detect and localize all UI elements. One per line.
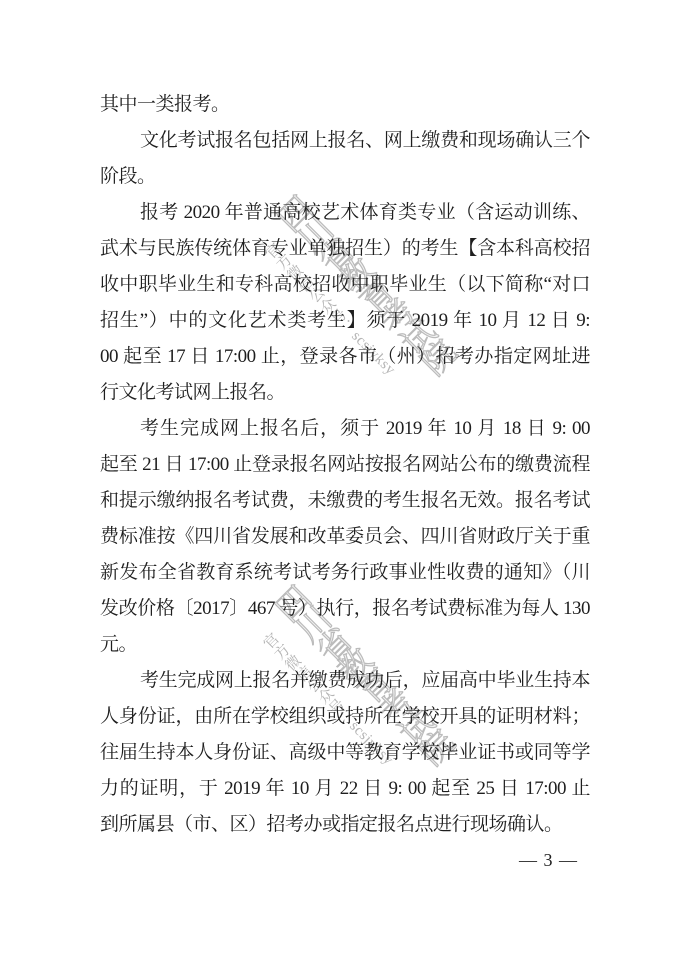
text-line: 行文化考试网上报名。 [100, 375, 590, 411]
text-line: 武术与民族传统体育专业单独招生）的考生【含本科高校招 [100, 231, 590, 267]
text-line: 元。 [100, 627, 590, 663]
text-line: 新发布全省教育系统考试考务行政事业性收费的通知》（川 [100, 555, 590, 591]
text-line: 考生完成网上报名后，须于 2019 年 10 月 18 日 9: 00 [100, 411, 590, 447]
text-line: 招生”）中的文化艺术类考生】须于 2019 年 10 月 12 日 9: [100, 303, 590, 339]
text-line: 报考 2020 年普通高校艺术体育类专业（含运动训练、 [100, 195, 590, 231]
text-line: 收中职毕业生和专科高校招收中职毕业生（以下简称“对口 [100, 267, 590, 303]
text-line: 费标准按《四川省发展和改革委员会、四川省财政厅关于重 [100, 519, 590, 555]
document-body: 其中一类报考。文化考试报名包括网上报名、网上缴费和现场确认三个阶段。报考 202… [100, 87, 590, 843]
text-line: 到所属县（市、区）招考办或指定报名点进行现场确认。 [100, 807, 590, 843]
text-line: 起至 21 日 17:00 止登录报名网站按报名网站公布的缴费流程 [100, 447, 590, 483]
text-line: 文化考试报名包括网上报名、网上缴费和现场确认三个 [100, 123, 590, 159]
text-line: 考生完成网上报名并缴费成功后，应届高中毕业生持本 [100, 663, 590, 699]
document-page: 四川省教育考试院 官方微信公众号：scsjyksy 四川省教育考试院 官方微信公… [0, 0, 680, 962]
text-line: 发改价格〔2017〕467 号）执行，报名考试费标准为每人 130 [100, 591, 590, 627]
text-line: 力的证明，于 2019 年 10 月 22 日 9: 00 起至 25 日 17… [100, 771, 590, 807]
text-line: 阶段。 [100, 159, 590, 195]
text-line: 其中一类报考。 [100, 87, 590, 123]
text-line: 和提示缴纳报名考试费，未缴费的考生报名无效。报名考试 [100, 483, 590, 519]
page-number: — 3 — [519, 850, 578, 871]
text-line: 人身份证，由所在学校组织或持所在学校开具的证明材料； [100, 699, 590, 735]
text-line: 往届生持本人身份证、高级中等教育学校毕业证书或同等学 [100, 735, 590, 771]
text-line: 00 起至 17 日 17:00 止，登录各市（州）招考办指定网址进 [100, 339, 590, 375]
